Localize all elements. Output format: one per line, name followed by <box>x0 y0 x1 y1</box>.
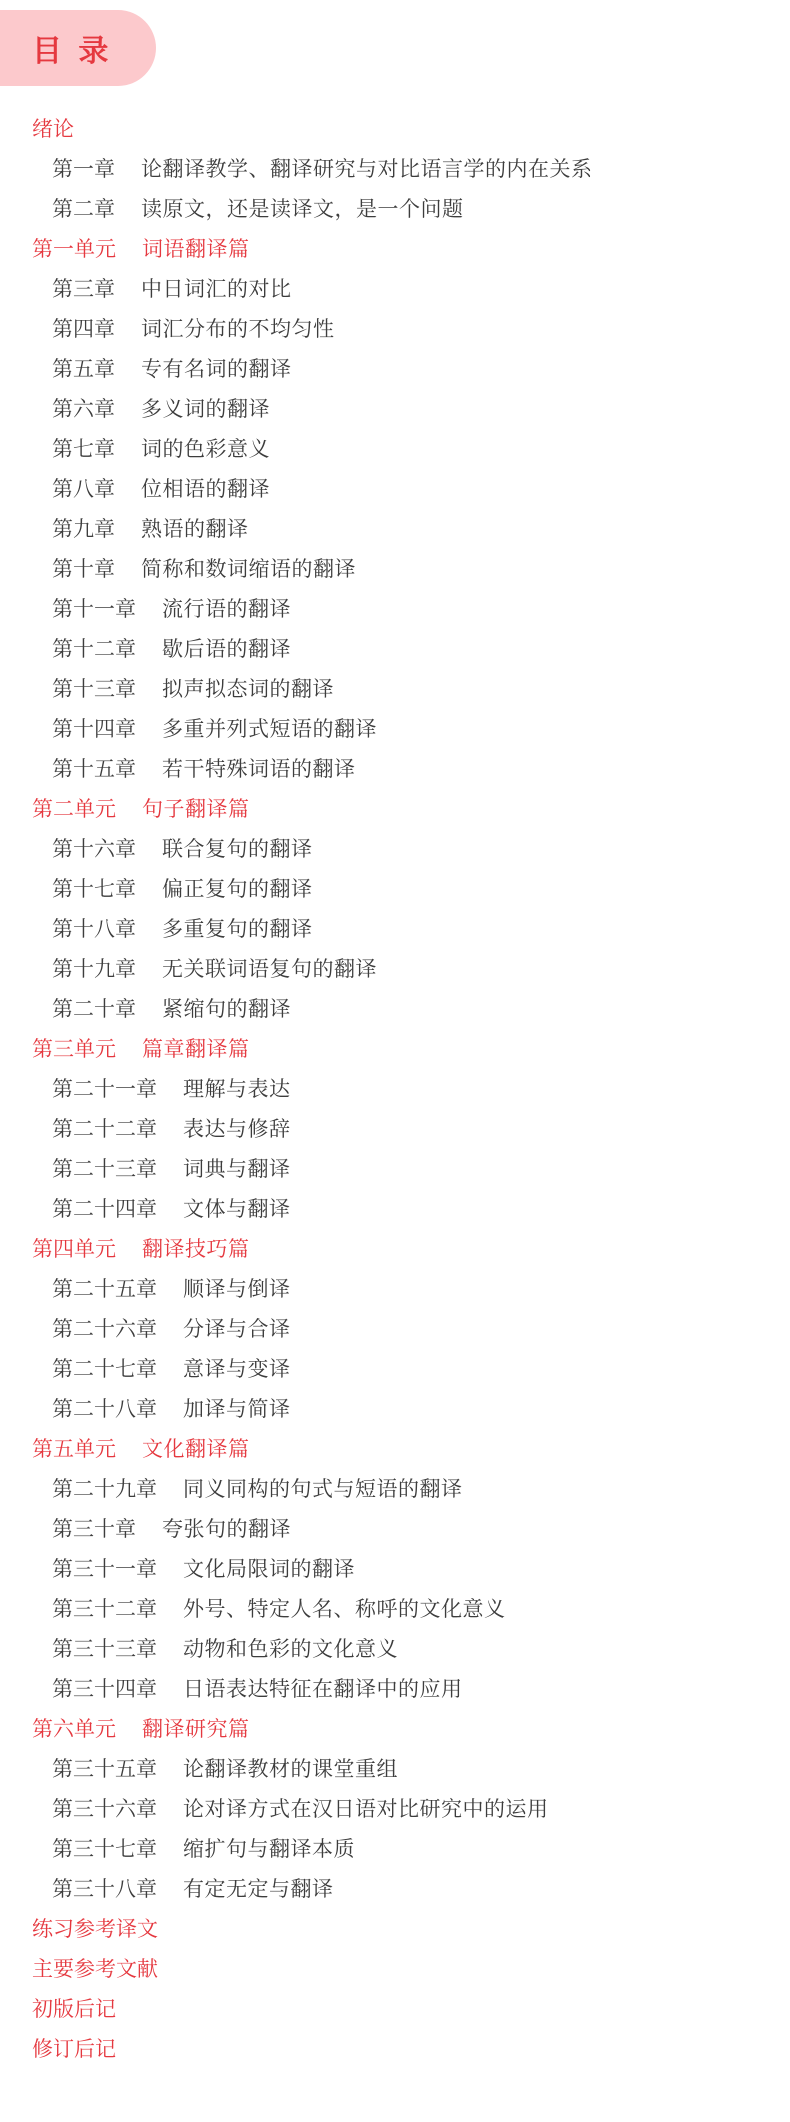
toc-item-title: 偏正复句的翻译 <box>162 870 313 910</box>
toc-item-title: 句子翻译篇 <box>142 790 250 830</box>
toc-item-num: 第三十七章 <box>52 1830 157 1870</box>
toc-item-num: 第六单元 <box>32 1710 116 1750</box>
toc-item[interactable]: 第八章 位相语的翻译 <box>0 470 790 510</box>
toc-item-title: 同义同构的句式与短语的翻译 <box>183 1470 463 1510</box>
toc-item-title: 动物和色彩的文化意义 <box>183 1630 398 1670</box>
toc-item-title: 篇章翻译篇 <box>142 1030 250 1070</box>
toc-item-num: 第二章 <box>52 190 115 230</box>
toc-item[interactable]: 练习参考译文 <box>0 1910 790 1950</box>
toc-item[interactable]: 第十四章 多重并列式短语的翻译 <box>0 710 790 750</box>
toc-item-title: 紧缩句的翻译 <box>162 990 291 1030</box>
toc-item-num: 第六章 <box>52 390 115 430</box>
toc-item[interactable]: 第二章 读原文，还是读译文，是一个问题 <box>0 190 790 230</box>
toc-item-num: 绪论 <box>32 110 74 150</box>
toc-item[interactable]: 第二单元 句子翻译篇 <box>0 790 790 830</box>
toc-item-num: 第一单元 <box>32 230 116 270</box>
toc-item-num: 第一章 <box>52 150 115 190</box>
toc-item-num: 修订后记 <box>32 2030 116 2070</box>
toc-item-num: 第十章 <box>52 550 115 590</box>
toc-item-title: 流行语的翻译 <box>162 590 291 630</box>
toc-item-title: 多重复句的翻译 <box>162 910 313 950</box>
toc-item-title: 翻译技巧篇 <box>142 1230 250 1270</box>
toc-item-num: 第三章 <box>52 270 115 310</box>
toc-item-title: 词的色彩意义 <box>141 430 270 470</box>
toc-item-title: 熟语的翻译 <box>141 510 249 550</box>
toc-item[interactable]: 第三十七章 缩扩句与翻译本质 <box>0 1830 790 1870</box>
toc-item[interactable]: 第二十二章 表达与修辞 <box>0 1110 790 1150</box>
toc-item-num: 第二十章 <box>52 990 136 1030</box>
toc-item-title: 读原文，还是读译文，是一个问题 <box>141 190 464 230</box>
toc-item[interactable]: 第十三章 拟声拟态词的翻译 <box>0 670 790 710</box>
toc-item-num: 第八章 <box>52 470 115 510</box>
toc-item-title: 理解与表达 <box>183 1070 291 1110</box>
toc-item-num: 第三单元 <box>32 1030 116 1070</box>
toc-item[interactable]: 第九章 熟语的翻译 <box>0 510 790 550</box>
toc-item-num: 第二十二章 <box>52 1110 157 1150</box>
toc-item-title: 中日词汇的对比 <box>141 270 292 310</box>
toc-item-title: 多义词的翻译 <box>141 390 270 430</box>
toc-item[interactable]: 第三章 中日词汇的对比 <box>0 270 790 310</box>
toc-item[interactable]: 初版后记 <box>0 1990 790 2030</box>
toc-item-num: 第二十六章 <box>52 1310 157 1350</box>
toc-item[interactable]: 第五章 专有名词的翻译 <box>0 350 790 390</box>
toc-item[interactable]: 第三十三章 动物和色彩的文化意义 <box>0 1630 790 1670</box>
toc-item-title: 拟声拟态词的翻译 <box>162 670 334 710</box>
toc-item-title: 夸张句的翻译 <box>162 1510 291 1550</box>
toc-item-title: 词典与翻译 <box>183 1150 291 1190</box>
toc-list: 绪论 第一章 论翻译教学、翻译研究与对比语言学的内在关系 第二章 读原文，还是读… <box>0 110 790 2122</box>
toc-item[interactable]: 第十章 简称和数词缩语的翻译 <box>0 550 790 590</box>
toc-item-num: 第十八章 <box>52 910 136 950</box>
toc-item[interactable]: 主要参考文献 <box>0 1950 790 1990</box>
toc-item-num: 初版后记 <box>32 1990 116 2030</box>
toc-item[interactable]: 第三十五章 论翻译教材的课堂重组 <box>0 1750 790 1790</box>
toc-item[interactable]: 第十九章 无关联词语复句的翻译 <box>0 950 790 990</box>
toc-item-num: 第七章 <box>52 430 115 470</box>
toc-item-num: 第三十五章 <box>52 1750 157 1790</box>
toc-item-title: 歇后语的翻译 <box>162 630 291 670</box>
toc-item-num: 第十二章 <box>52 630 136 670</box>
toc-item-num: 第十七章 <box>52 870 136 910</box>
toc-item-title: 简称和数词缩语的翻译 <box>141 550 356 590</box>
toc-item-num: 第二十九章 <box>52 1470 157 1510</box>
toc-item-num: 第四单元 <box>32 1230 116 1270</box>
toc-header-label: 目 录 <box>32 26 112 70</box>
toc-item[interactable]: 第二十章 紧缩句的翻译 <box>0 990 790 1030</box>
toc-item[interactable]: 第十二章 歇后语的翻译 <box>0 630 790 670</box>
toc-item-title: 无关联词语复句的翻译 <box>162 950 377 990</box>
toc-item[interactable]: 第三十章 夸张句的翻译 <box>0 1510 790 1550</box>
toc-item-num: 第九章 <box>52 510 115 550</box>
toc-item-title: 日语表达特征在翻译中的应用 <box>183 1670 463 1710</box>
toc-item[interactable]: 第二十八章 加译与简译 <box>0 1390 790 1430</box>
toc-item-num: 第二十三章 <box>52 1150 157 1190</box>
toc-item-title: 论翻译教材的课堂重组 <box>183 1750 398 1790</box>
toc-item-num: 第二十八章 <box>52 1390 157 1430</box>
toc-item-num: 第二十七章 <box>52 1350 157 1390</box>
toc-item-title: 词汇分布的不均匀性 <box>141 310 335 350</box>
toc-item-title: 文体与翻译 <box>183 1190 291 1230</box>
toc-item-title: 外号、特定人名、称呼的文化意义 <box>183 1590 506 1630</box>
toc-item[interactable]: 第十六章 联合复句的翻译 <box>0 830 790 870</box>
toc-item[interactable]: 第三十六章 论对译方式在汉日语对比研究中的运用 <box>0 1790 790 1830</box>
toc-item[interactable]: 第十八章 多重复句的翻译 <box>0 910 790 950</box>
toc-item-num: 第十六章 <box>52 830 136 870</box>
toc-item-title: 多重并列式短语的翻译 <box>162 710 377 750</box>
toc-item[interactable]: 第五单元 文化翻译篇 <box>0 1430 790 1470</box>
toc-item[interactable]: 第十七章 偏正复句的翻译 <box>0 870 790 910</box>
toc-item[interactable]: 第二十一章 理解与表达 <box>0 1070 790 1110</box>
toc-item-title: 翻译研究篇 <box>142 1710 250 1750</box>
toc-item[interactable]: 第三十八章 有定无定与翻译 <box>0 1870 790 1910</box>
toc-item-num: 第三十八章 <box>52 1870 157 1910</box>
toc-item-title: 若干特殊词语的翻译 <box>162 750 356 790</box>
toc-item-num: 第三十四章 <box>52 1670 157 1710</box>
toc-item-num: 第四章 <box>52 310 115 350</box>
toc-item-num: 第十五章 <box>52 750 136 790</box>
toc-item-title: 论翻译教学、翻译研究与对比语言学的内在关系 <box>141 150 593 190</box>
toc-item-num: 第三十一章 <box>52 1550 157 1590</box>
toc-item[interactable]: 第十一章 流行语的翻译 <box>0 590 790 630</box>
toc-item[interactable]: 第二十九章 同义同构的句式与短语的翻译 <box>0 1470 790 1510</box>
toc-item-num: 第二十一章 <box>52 1070 157 1110</box>
toc-item[interactable]: 第三十二章 外号、特定人名、称呼的文化意义 <box>0 1590 790 1630</box>
toc-item-title: 位相语的翻译 <box>141 470 270 510</box>
toc-item-title: 缩扩句与翻译本质 <box>183 1830 355 1870</box>
toc-item-title: 文化翻译篇 <box>142 1430 250 1470</box>
toc-item[interactable]: 第四单元 翻译技巧篇 <box>0 1230 790 1270</box>
toc-item[interactable]: 第二十六章 分译与合译 <box>0 1310 790 1350</box>
toc-item-title: 有定无定与翻译 <box>183 1870 334 1910</box>
toc-item-title: 专有名词的翻译 <box>141 350 292 390</box>
toc-item-num: 第三十二章 <box>52 1590 157 1630</box>
toc-header-badge: 目 录 <box>0 10 156 86</box>
toc-item[interactable]: 第六章 多义词的翻译 <box>0 390 790 430</box>
toc-item-num: 第十一章 <box>52 590 136 630</box>
toc-item-title: 论对译方式在汉日语对比研究中的运用 <box>183 1790 549 1830</box>
toc-item-num: 第十三章 <box>52 670 136 710</box>
toc-item[interactable]: 第一单元 词语翻译篇 <box>0 230 790 270</box>
toc-item[interactable]: 第二十五章 顺译与倒译 <box>0 1270 790 1310</box>
toc-item[interactable]: 第三十四章 日语表达特征在翻译中的应用 <box>0 1670 790 1710</box>
toc-item-num: 第十九章 <box>52 950 136 990</box>
toc-item-num: 练习参考译文 <box>32 1910 158 1950</box>
toc-item-num: 第三十三章 <box>52 1630 157 1670</box>
toc-item-title: 文化局限词的翻译 <box>183 1550 355 1590</box>
toc-item-num: 第五单元 <box>32 1430 116 1470</box>
toc-item-num: 第二十四章 <box>52 1190 157 1230</box>
toc-item-title: 加译与简译 <box>183 1390 291 1430</box>
toc-item[interactable]: 第三单元 篇章翻译篇 <box>0 1030 790 1070</box>
toc-item[interactable]: 第二十四章 文体与翻译 <box>0 1190 790 1230</box>
toc-item-num: 主要参考文献 <box>32 1950 158 1990</box>
toc-item[interactable]: 第二十七章 意译与变译 <box>0 1350 790 1390</box>
toc-item[interactable]: 第二十三章 词典与翻译 <box>0 1150 790 1190</box>
toc-item-title: 顺译与倒译 <box>183 1270 291 1310</box>
toc-item-title: 意译与变译 <box>183 1350 291 1390</box>
toc-item-num: 第三十六章 <box>52 1790 157 1830</box>
toc-item-num: 第三十章 <box>52 1510 136 1550</box>
toc-item-title: 联合复句的翻译 <box>162 830 313 870</box>
toc-item[interactable]: 第一章 论翻译教学、翻译研究与对比语言学的内在关系 <box>0 150 790 190</box>
toc-item[interactable]: 第三十一章 文化局限词的翻译 <box>0 1550 790 1590</box>
toc-item[interactable]: 第十五章 若干特殊词语的翻译 <box>0 750 790 790</box>
toc-item-title: 分译与合译 <box>183 1310 291 1350</box>
toc-item-num: 第二十五章 <box>52 1270 157 1310</box>
toc-item[interactable]: 修订后记 <box>0 2030 790 2070</box>
toc-item-num: 第二单元 <box>32 790 116 830</box>
toc-item-num: 第五章 <box>52 350 115 390</box>
toc-item[interactable]: 第四章 词汇分布的不均匀性 <box>0 310 790 350</box>
toc-item[interactable]: 第七章 词的色彩意义 <box>0 430 790 470</box>
toc-item-title: 词语翻译篇 <box>142 230 250 270</box>
toc-item-title: 表达与修辞 <box>183 1110 291 1150</box>
toc-item[interactable]: 第六单元 翻译研究篇 <box>0 1710 790 1750</box>
toc-item[interactable]: 绪论 <box>0 110 790 150</box>
toc-item-num: 第十四章 <box>52 710 136 750</box>
